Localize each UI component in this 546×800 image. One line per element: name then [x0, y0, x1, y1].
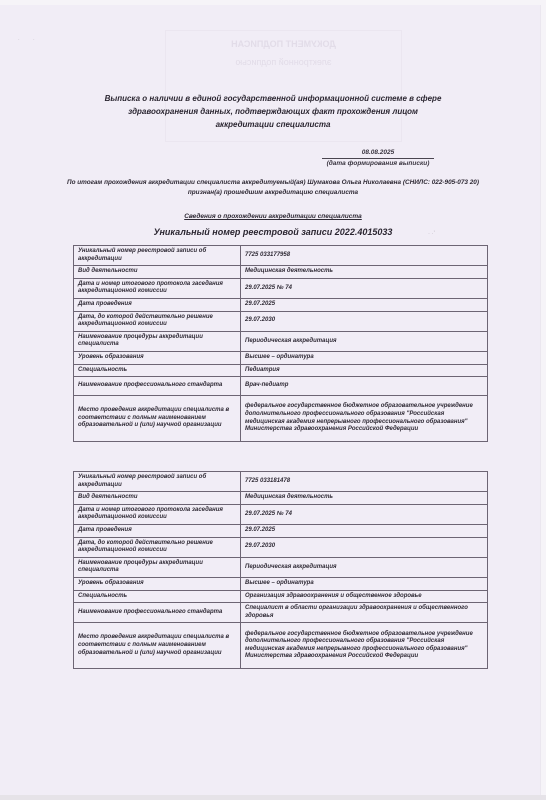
row-value: 29.07.2030: [241, 537, 488, 557]
document-heading: Выписка о наличии в единой государственн…: [100, 92, 446, 131]
row-label: Вид деятельности: [74, 492, 241, 505]
row-value: Специалист в области организации здравоо…: [241, 603, 488, 623]
row-label: Наименование профессионального стандарта: [74, 377, 241, 396]
row-label: Дата и номер итогового протокола заседан…: [74, 278, 241, 298]
row-label: Дата и номер итогового протокола заседан…: [74, 504, 241, 524]
table-row: Дата и номер итогового протокола заседан…: [74, 504, 488, 524]
row-label: Уровень образования: [74, 351, 241, 364]
row-label: Наименование процедуры аккредитации спец…: [74, 331, 241, 351]
row-value: федеральное государственное бюджетное об…: [241, 396, 488, 442]
row-label: Уникальный номер реестровой записи об ак…: [74, 246, 241, 266]
table-row: Уникальный номер реестровой записи об ак…: [74, 472, 488, 492]
table-row: Уровень образованияВысшее – ординатура: [74, 351, 488, 364]
table-row: Дата проведения29.07.2025: [74, 298, 488, 311]
formation-date-block: 08.08.2025 (дата формирования выписки): [322, 148, 434, 168]
table-row: Вид деятельностиМедицинская деятельность: [74, 492, 488, 505]
row-label: Дата, до которой действительно решение а…: [74, 537, 241, 557]
row-value: Организация здравоохранения и общественн…: [241, 590, 488, 603]
table-row: Место проведения аккредитации специалист…: [74, 396, 488, 442]
table-row: Вид деятельностиМедицинская деятельность: [74, 266, 488, 279]
accreditation-table-1: Уникальный номер реестровой записи об ак…: [73, 245, 488, 442]
row-label: Уровень образования: [74, 577, 241, 590]
table-row: Дата проведения29.07.2025: [74, 524, 488, 537]
table-row: СпециальностьОрганизация здравоохранения…: [74, 590, 488, 603]
table-row: Наименование процедуры аккредитации спец…: [74, 557, 488, 577]
row-value: Педиатрия: [241, 364, 488, 377]
row-value: 29.07.2025: [241, 298, 488, 311]
row-value: федеральное государственное бюджетное об…: [241, 623, 488, 669]
row-label: Специальность: [74, 364, 241, 377]
row-label: Дата, до которой действительно решение а…: [74, 311, 241, 331]
table-row: Наименование профессионального стандарта…: [74, 603, 488, 623]
row-value: Периодическая аккредитация: [241, 557, 488, 577]
row-value: 29.07.2025: [241, 524, 488, 537]
row-label: Место проведения аккредитации специалист…: [74, 623, 241, 669]
row-value: Врач-педиатр: [241, 377, 488, 396]
row-value: Высшее – ординатура: [241, 577, 488, 590]
row-value: 29.07.2025 № 74: [241, 504, 488, 524]
row-label: Дата проведения: [74, 298, 241, 311]
table-row: Место проведения аккредитации специалист…: [74, 623, 488, 669]
row-label: Уникальный номер реестровой записи об ак…: [74, 472, 241, 492]
row-label: Наименование профессионального стандарта: [74, 603, 241, 623]
row-label: Наименование процедуры аккредитации спец…: [74, 557, 241, 577]
row-value: 29.07.2025 № 74: [241, 278, 488, 298]
row-value: Периодическая аккредитация: [241, 331, 488, 351]
table-row: Уровень образованияВысшее – ординатура: [74, 577, 488, 590]
formation-date-caption: (дата формирования выписки): [322, 159, 434, 168]
row-label: Специальность: [74, 590, 241, 603]
document-page: · · ДОКУМЕНТ ПОДПИСАН электронной подпис…: [0, 5, 540, 797]
row-value: 7725 033177958: [241, 246, 488, 266]
table-row: Наименование профессионального стандарта…: [74, 377, 488, 396]
section-title: Сведения о прохождении аккредитации спец…: [100, 213, 446, 220]
row-value: 7725 033181478: [241, 472, 488, 492]
row-value: Высшее – ординатура: [241, 351, 488, 364]
formation-date: 08.08.2025: [322, 148, 434, 159]
row-value: Медицинская деятельность: [241, 266, 488, 279]
table-row: Дата и номер итогового протокола заседан…: [74, 278, 488, 298]
row-value: Медицинская деятельность: [241, 492, 488, 505]
table-row: Уникальный номер реестровой записи об ак…: [74, 246, 488, 266]
table-row: Наименование процедуры аккредитации спец…: [74, 331, 488, 351]
row-label: Дата проведения: [74, 524, 241, 537]
intro-paragraph: По итогам прохождения аккредитации специ…: [50, 178, 496, 198]
accreditation-table-2: Уникальный номер реестровой записи об ак…: [73, 471, 488, 669]
row-value: 29.07.2030: [241, 311, 488, 331]
row-label: Вид деятельности: [74, 266, 241, 279]
row-label: Место проведения аккредитации специалист…: [74, 396, 241, 442]
table-row: СпециальностьПедиатрия: [74, 364, 488, 377]
scan-bottom-edge: [0, 795, 546, 800]
scan-mark: · ·': [428, 231, 435, 237]
table-row: Дата, до которой действительно решение а…: [74, 537, 488, 557]
table-row: Дата, до которой действительно решение а…: [74, 311, 488, 331]
scan-specks: · ·: [18, 37, 41, 43]
record-title: Уникальный номер реестровой записи 2022.…: [100, 227, 446, 237]
